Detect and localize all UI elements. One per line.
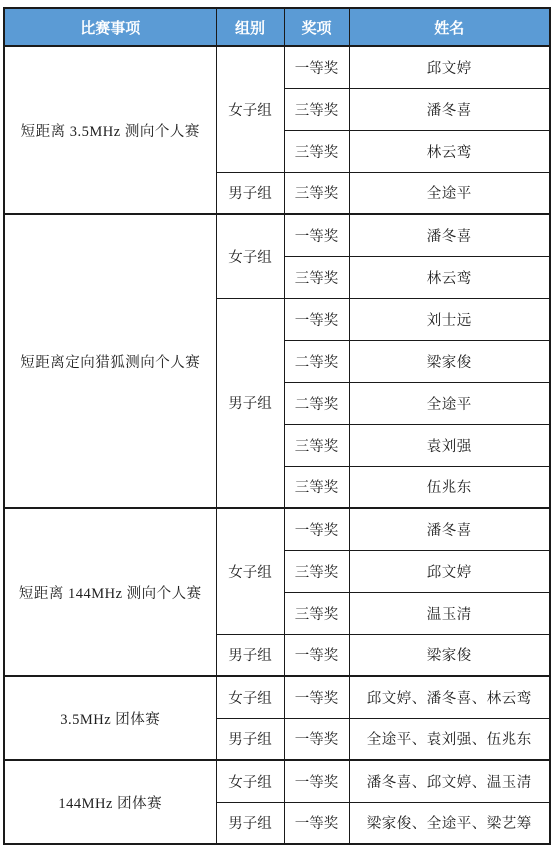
name-cell: 潘冬喜 [349, 88, 550, 130]
group-cell: 男子组 [216, 298, 284, 508]
award-cell: 一等奖 [284, 718, 349, 760]
group-cell: 女子组 [216, 508, 284, 634]
event-cell: 短距离定向猎狐测向个人赛 [4, 214, 216, 508]
group-cell: 男子组 [216, 172, 284, 214]
name-cell: 邱文婷 [349, 46, 550, 88]
award-cell: 三等奖 [284, 592, 349, 634]
group-cell: 女子组 [216, 760, 284, 802]
col-header-group: 组别 [216, 8, 284, 46]
event-cell: 144MHz 团体赛 [4, 760, 216, 844]
name-cell: 刘士远 [349, 298, 550, 340]
award-cell: 三等奖 [284, 550, 349, 592]
award-cell: 一等奖 [284, 634, 349, 676]
table-row: 短距离 144MHz 测向个人赛 女子组 一等奖 潘冬喜 [4, 508, 550, 550]
name-cell: 全途平、袁刘强、伍兆东 [349, 718, 550, 760]
name-cell: 全途平 [349, 382, 550, 424]
award-cell: 三等奖 [284, 172, 349, 214]
name-cell: 梁家俊、全途平、梁艺筹 [349, 802, 550, 844]
event-cell: 短距离 3.5MHz 测向个人赛 [4, 46, 216, 214]
name-cell: 潘冬喜 [349, 508, 550, 550]
name-cell: 伍兆东 [349, 466, 550, 508]
name-cell: 林云鸾 [349, 130, 550, 172]
award-cell: 二等奖 [284, 382, 349, 424]
group-cell: 女子组 [216, 46, 284, 172]
table-row: 3.5MHz 团体赛 女子组 一等奖 邱文婷、潘冬喜、林云鸾 [4, 676, 550, 718]
award-cell: 三等奖 [284, 256, 349, 298]
col-header-name: 姓名 [349, 8, 550, 46]
name-cell: 潘冬喜、邱文婷、温玉清 [349, 760, 550, 802]
col-header-event: 比赛事项 [4, 8, 216, 46]
name-cell: 梁家俊 [349, 634, 550, 676]
name-cell: 潘冬喜 [349, 214, 550, 256]
award-cell: 一等奖 [284, 46, 349, 88]
award-cell: 一等奖 [284, 298, 349, 340]
name-cell: 袁刘强 [349, 424, 550, 466]
table-row: 短距离 3.5MHz 测向个人赛 女子组 一等奖 邱文婷 [4, 46, 550, 88]
event-cell: 3.5MHz 团体赛 [4, 676, 216, 760]
award-cell: 三等奖 [284, 466, 349, 508]
group-cell: 男子组 [216, 634, 284, 676]
table-row: 144MHz 团体赛 女子组 一等奖 潘冬喜、邱文婷、温玉清 [4, 760, 550, 802]
group-cell: 男子组 [216, 802, 284, 844]
award-cell: 三等奖 [284, 88, 349, 130]
group-cell: 男子组 [216, 718, 284, 760]
name-cell: 温玉清 [349, 592, 550, 634]
award-cell: 一等奖 [284, 676, 349, 718]
name-cell: 邱文婷、潘冬喜、林云鸾 [349, 676, 550, 718]
name-cell: 梁家俊 [349, 340, 550, 382]
group-cell: 女子组 [216, 214, 284, 298]
group-cell: 女子组 [216, 676, 284, 718]
header-row: 比赛事项 组别 奖项 姓名 [4, 8, 550, 46]
name-cell: 全途平 [349, 172, 550, 214]
award-cell: 二等奖 [284, 340, 349, 382]
page: 比赛事项 组别 奖项 姓名 短距离 3.5MHz 测向个人赛 女子组 一等奖 邱… [0, 0, 554, 842]
event-cell: 短距离 144MHz 测向个人赛 [4, 508, 216, 676]
name-cell: 林云鸾 [349, 256, 550, 298]
award-cell: 一等奖 [284, 760, 349, 802]
name-cell: 邱文婷 [349, 550, 550, 592]
results-table: 比赛事项 组别 奖项 姓名 短距离 3.5MHz 测向个人赛 女子组 一等奖 邱… [3, 7, 551, 845]
award-cell: 一等奖 [284, 802, 349, 844]
award-cell: 一等奖 [284, 508, 349, 550]
table-row: 短距离定向猎狐测向个人赛 女子组 一等奖 潘冬喜 [4, 214, 550, 256]
award-cell: 一等奖 [284, 214, 349, 256]
award-cell: 三等奖 [284, 130, 349, 172]
col-header-award: 奖项 [284, 8, 349, 46]
award-cell: 三等奖 [284, 424, 349, 466]
